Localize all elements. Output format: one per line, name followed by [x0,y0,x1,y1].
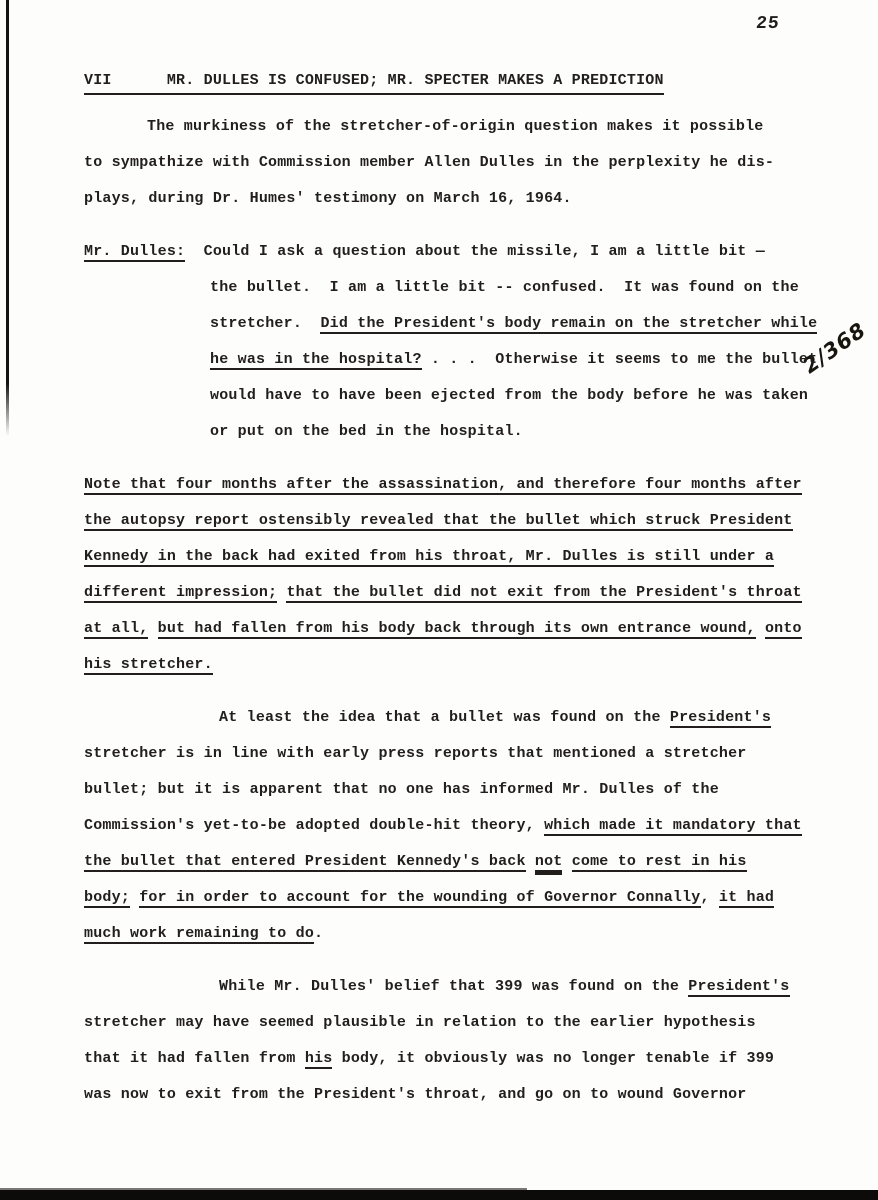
text-line: he was in the hospital? . . . Otherwise … [84,342,796,378]
text-line: body; for in order to account for the wo… [84,880,796,916]
double-underlined-text: not [535,853,563,872]
underlined-text: which made it mandatory that [544,817,802,836]
document-body: VII MR. DULLES IS CONFUSED; MR. SPECTER … [84,70,796,1130]
underlined-text: Kennedy in the back had exited from his … [84,548,774,567]
text-line: would have to have been ejected from the… [84,378,796,414]
underlined-text: at all, [84,620,148,639]
text-segment: stretcher. [210,315,320,332]
text-blocks: The murkiness of the stretcher-of-origin… [84,109,796,1113]
text-line: different impression; that the bullet di… [84,575,796,611]
paragraph: At least the idea that a bullet was foun… [84,700,796,952]
underlined-text: much work remaining to do [84,925,314,944]
text-segment: While Mr. Dulles' belief that 399 was fo… [219,978,688,995]
scan-edge-left [6,0,9,436]
paragraph: Note that four months after the assassin… [84,467,796,683]
underlined-text: his [305,1050,333,1069]
text-segment: or put on the bed in the hospital. [210,423,523,440]
text-line: Commission's yet-to-be adopted double-hi… [84,808,796,844]
scan-edge-bottom [0,1190,878,1200]
text-segment [130,889,139,906]
text-segment [756,620,765,637]
text-line: Note that four months after the assassin… [84,467,796,503]
paragraph: The murkiness of the stretcher-of-origin… [84,109,796,217]
text-line: the bullet that entered President Kenned… [84,844,796,880]
text-segment: that it had fallen from [84,1050,305,1067]
text-line: bullet; but it is apparent that no one h… [84,772,796,808]
paragraph: While Mr. Dulles' belief that 399 was fo… [84,969,796,1113]
text-segment: Could I ask a question about the missile… [185,243,765,260]
text-line: the autopsy report ostensibly revealed t… [84,503,796,539]
underlined-text: it had [719,889,774,908]
text-line: Kennedy in the back had exited from his … [84,539,796,575]
page-number: 25 [755,14,781,34]
text-line: that it had fallen from his body, it obv… [84,1041,796,1077]
text-segment [562,853,571,870]
underlined-text: his stretcher. [84,656,213,675]
underlined-text: the autopsy report ostensibly revealed t… [84,512,793,531]
text-line: While Mr. Dulles' belief that 399 was fo… [84,969,796,1005]
text-segment: Commission's yet-to-be adopted double-hi… [84,817,544,834]
underlined-text: Mr. Dulles: [84,243,185,262]
text-line: much work remaining to do. [84,916,796,952]
text-segment: At least the idea that a bullet was foun… [219,709,670,726]
underlined-text: Did the President's body remain on the s… [320,315,817,334]
text-line: or put on the bed in the hospital. [84,414,796,450]
text-line: plays, during Dr. Humes' testimony on Ma… [84,181,796,217]
text-segment: was now to exit from the President's thr… [84,1086,747,1103]
underlined-text: come to rest in his [572,853,747,872]
underlined-text: body; [84,889,130,908]
section-heading-text: VII MR. DULLES IS CONFUSED; MR. SPECTER … [84,72,664,95]
text-segment: plays, during Dr. Humes' testimony on Ma… [84,190,572,207]
underlined-text: President's [688,978,789,997]
underlined-text: different impression; [84,584,277,603]
underlined-text: but had fallen from his body back throug… [158,620,756,639]
scanned-document-page: 25 2/368 VII MR. DULLES IS CONFUSED; MR.… [0,0,878,1200]
text-line: the bullet. I am a little bit -- confuse… [84,270,796,306]
text-segment [148,620,157,637]
text-segment: stretcher is in line with early press re… [84,745,747,762]
underlined-text: the bullet that entered President Kenned… [84,853,526,872]
text-segment: , [701,889,719,906]
text-segment: . [314,925,323,942]
text-segment: bullet; but it is apparent that no one h… [84,781,719,798]
text-segment [526,853,535,870]
section-heading: VII MR. DULLES IS CONFUSED; MR. SPECTER … [84,70,796,92]
text-line: his stretcher. [84,647,796,683]
text-segment: The murkiness of the stretcher-of-origin… [147,118,764,135]
text-line: at all, but had fallen from his body bac… [84,611,796,647]
text-segment: to sympathize with Commission member All… [84,154,774,171]
underlined-text: President's [670,709,771,728]
text-segment: would have to have been ejected from the… [210,387,808,404]
text-line: At least the idea that a bullet was foun… [84,700,796,736]
text-line: was now to exit from the President's thr… [84,1077,796,1113]
underlined-text: that the bullet did not exit from the Pr… [286,584,801,603]
underlined-text: he was in the hospital? [210,351,422,370]
quote-block: Mr. Dulles: Could I ask a question about… [84,234,796,450]
text-line: Mr. Dulles: Could I ask a question about… [84,234,796,270]
text-segment: the bullet. I am a little bit -- confuse… [210,279,799,296]
text-line: stretcher. Did the President's body rema… [84,306,796,342]
underlined-text: Note that four months after the assassin… [84,476,802,495]
text-line: stretcher is in line with early press re… [84,736,796,772]
text-segment: stretcher may have seemed plausible in r… [84,1014,756,1031]
underlined-text: for in order to account for the wounding… [139,889,700,908]
text-line: to sympathize with Commission member All… [84,145,796,181]
text-line: The murkiness of the stretcher-of-origin… [84,109,796,145]
text-segment: body, it obviously was no longer tenable… [332,1050,774,1067]
text-line: stretcher may have seemed plausible in r… [84,1005,796,1041]
text-segment: . . . Otherwise it seems to me the bulle… [422,351,818,368]
underlined-text: onto [765,620,802,639]
